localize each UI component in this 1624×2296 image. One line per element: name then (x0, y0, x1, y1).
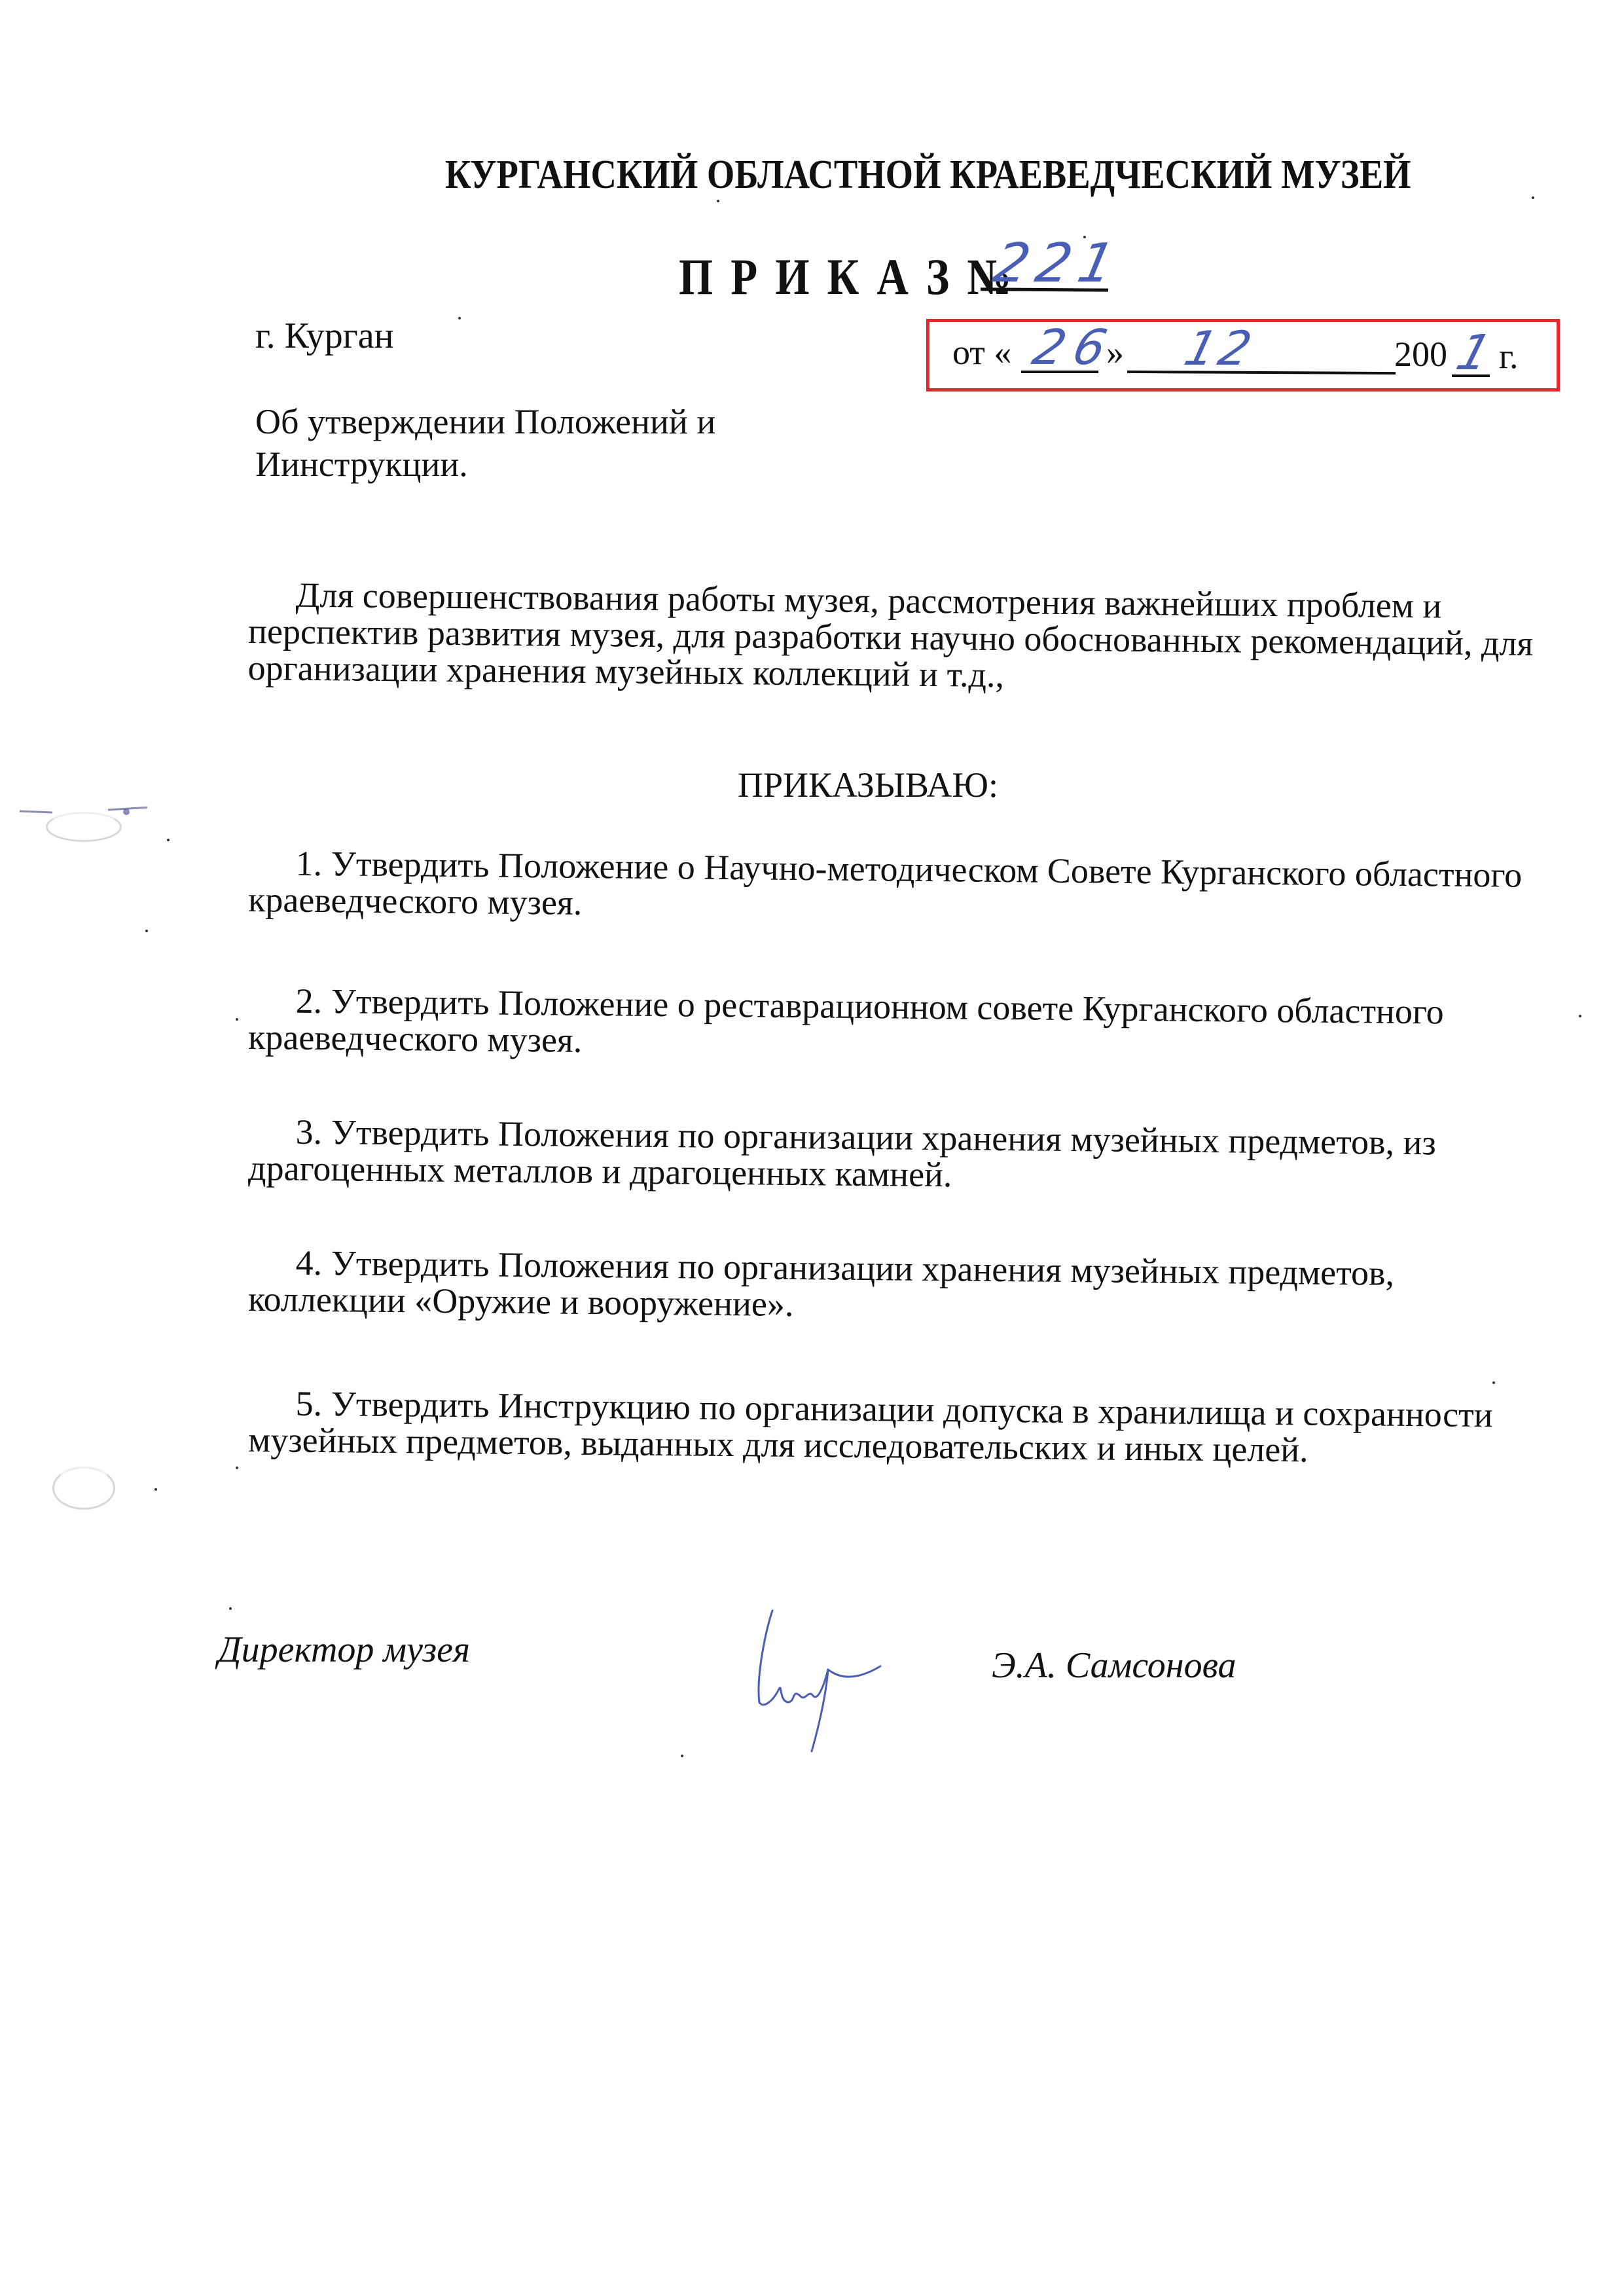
signature-icon (753, 1604, 923, 1755)
date-month-handwritten: 12 (1180, 321, 1261, 376)
order-item-1: 1. Утвердить Положение о Научно-методиче… (248, 845, 1545, 930)
punch-hole-mark (52, 1467, 115, 1510)
scan-speck (1492, 1381, 1495, 1384)
ink-smudge-icon (16, 802, 147, 822)
scan-speck (145, 930, 148, 932)
scan-speck (1083, 236, 1086, 238)
order-subject: Об утверждении Положений и Иинструкции. (255, 401, 715, 486)
preamble-paragraph: Для совершенствования работы музея, расс… (247, 576, 1545, 699)
scan-speck (154, 1488, 157, 1491)
scanned-document-page: КУРГАНСКИЙ ОБЛАСТНОЙ КРАЕВЕДЧЕСКИЙ МУЗЕЙ… (0, 0, 1624, 2296)
scan-speck (681, 1755, 683, 1757)
order-item-3: 3. Утвердить Положения по организации хр… (248, 1113, 1545, 1199)
organization-title: КУРГАНСКИЙ ОБЛАСТНОЙ КРАЕВЕДЧЕСКИЙ МУЗЕЙ (445, 152, 1411, 198)
scan-speck (1579, 1015, 1581, 1017)
scan-speck (1532, 196, 1534, 199)
order-item-text: 3. Утвердить Положения по организации хр… (248, 1113, 1545, 1199)
city-label: г. Курган (255, 315, 394, 357)
date-year-prefix: 200 (1394, 334, 1447, 374)
scan-speck (229, 1607, 232, 1610)
order-item-2: 2. Утвердить Положение о реставрационном… (248, 982, 1545, 1068)
date-suffix: г. (1499, 336, 1519, 376)
signer-title: Директор музея (218, 1629, 470, 1671)
order-word: ПРИКАЗЫВАЮ: (738, 765, 998, 805)
order-item-text: 2. Утвердить Положение о реставрационном… (248, 982, 1545, 1068)
order-item-text: 1. Утвердить Положение о Научно-методиче… (248, 845, 1545, 930)
date-close-quote: » (1106, 332, 1124, 373)
order-number-handwritten: 221 (988, 232, 1128, 295)
order-item-4: 4. Утвердить Положения по организации хр… (248, 1244, 1545, 1330)
scan-speck (236, 1018, 238, 1021)
order-heading: П Р И К А З № (679, 247, 1015, 306)
order-item-5: 5. Утвердить Инструкцию по организации д… (248, 1385, 1545, 1470)
scan-speck (236, 1467, 238, 1469)
scan-speck (717, 200, 719, 202)
order-item-text: 4. Утвердить Положения по организации хр… (248, 1244, 1545, 1330)
scan-speck (458, 317, 461, 319)
preamble-text: Для совершенствования работы музея, расс… (247, 576, 1545, 699)
date-prefix: от « (952, 332, 1011, 373)
signer-name: Э.А. Самсонова (992, 1645, 1236, 1686)
scan-speck (167, 839, 170, 841)
order-item-text: 5. Утвердить Инструкцию по организации д… (248, 1385, 1545, 1470)
